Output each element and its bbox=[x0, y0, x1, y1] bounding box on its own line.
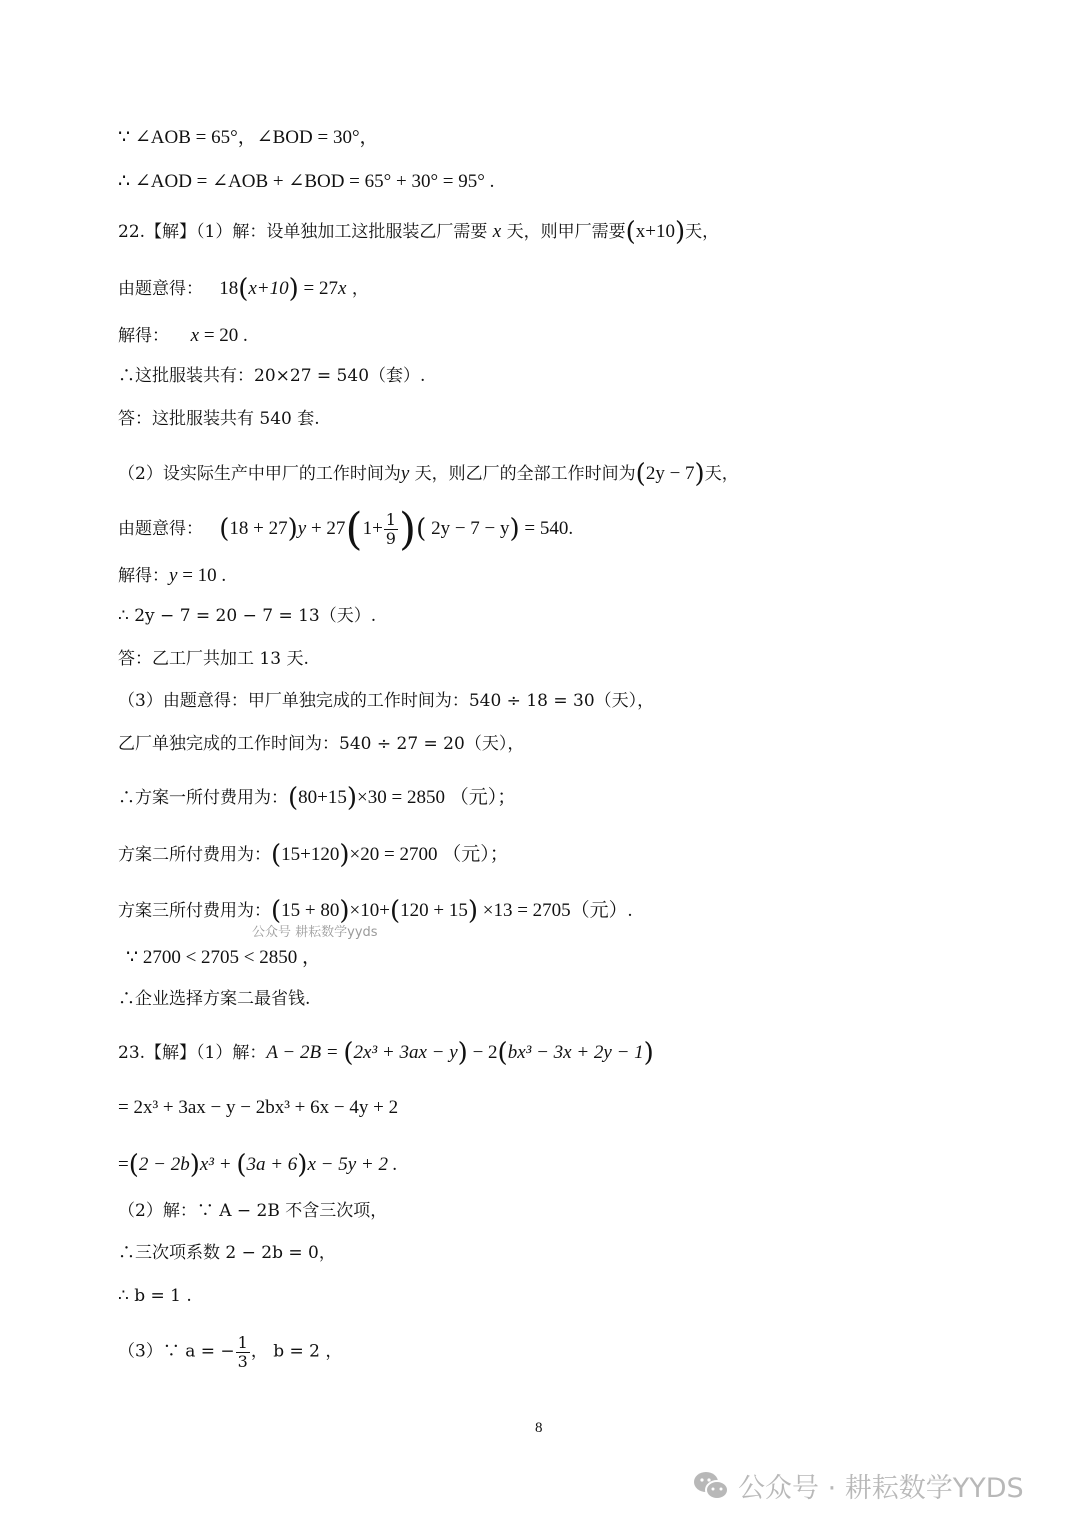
denominator: 9 bbox=[384, 530, 398, 548]
q23-header: 23.【解】（1）解：A − 2B = (2x³ + 3ax − y) − 2(… bbox=[118, 1040, 654, 1066]
p1: 18 + 27 bbox=[229, 518, 287, 539]
watermark-text: 公众号 耕耘数学yyds bbox=[252, 921, 378, 940]
numerator: 1 bbox=[384, 511, 398, 530]
head: （3）∵ a = − bbox=[118, 1342, 235, 1362]
rest: ×20 = 2700 （元）； bbox=[350, 844, 509, 865]
footer-text: 公众号 · 耕耘数学YYDS bbox=[738, 1466, 1024, 1505]
p2: bx³ − 3x + 2y − 1 bbox=[508, 1042, 644, 1063]
tail: ， bbox=[346, 279, 368, 299]
q22-total: ∴这批服装共有：20×27 = 540（套）. bbox=[118, 368, 425, 385]
coef2: 3a + 6 bbox=[246, 1154, 297, 1175]
term1: x³ + bbox=[200, 1154, 236, 1175]
inner: x+10 bbox=[248, 278, 288, 299]
p2: + 27 bbox=[306, 518, 345, 539]
label: 方案二所付费用为： bbox=[118, 845, 271, 865]
inner: 80+15 bbox=[298, 787, 347, 808]
q22-tail: 天， bbox=[685, 222, 719, 242]
plan-1-cost: ∴方案一所付费用为：(80+15)×30 = 2850 （元）； bbox=[118, 785, 516, 811]
because-symbol: ∵ bbox=[118, 127, 135, 148]
paren: ) bbox=[675, 217, 685, 247]
q23-expansion: = 2x³ + 3ax − y − 2bx³ + 6x − 4y + 2 bbox=[118, 1098, 398, 1117]
var: x bbox=[191, 325, 199, 346]
head: 23.【解】（1）解： bbox=[118, 1043, 266, 1063]
coef1: 2 − 2b bbox=[139, 1154, 190, 1175]
q22-2-solution: 解得：y = 10 . bbox=[118, 566, 226, 585]
conclusion: ∴企业选择方案二最省钱. bbox=[118, 991, 310, 1008]
q22-header: 22.【解】（1）解：设单独加工这批服装乙厂需要 x 天，则甲厂需要(x+10)… bbox=[118, 219, 719, 245]
numerator: 1 bbox=[236, 1334, 250, 1353]
tail: ， b = 2 ， bbox=[251, 1342, 343, 1362]
label: 解得： bbox=[118, 566, 169, 586]
q22-mid-text: 天，则甲厂需要 bbox=[507, 222, 626, 242]
rhs: = 540. bbox=[520, 518, 573, 539]
q22-head-text: 22.【解】（1）解：设单独加工这批服装乙厂需要 bbox=[118, 222, 487, 242]
q22-equation: 由题意得： 18(x+10) = 27x ， bbox=[118, 276, 369, 302]
fraction-one-ninth: 19 bbox=[384, 511, 398, 547]
label: ∴方案一所付费用为： bbox=[118, 788, 288, 808]
q22-answer: 答：这批服装共有 540 套. bbox=[118, 411, 320, 428]
mid: ×10+ bbox=[350, 900, 390, 921]
q23-2-b-value: ∴ b = 1 . bbox=[118, 1288, 192, 1305]
label: 方案三所付费用为： bbox=[118, 901, 271, 921]
eq-label: 由题意得： bbox=[118, 279, 203, 299]
value: = 20 . bbox=[199, 325, 248, 346]
q23-simplified: =(2 − 2b)x³ + (3a + 6)x − 5y + 2 . bbox=[118, 1152, 397, 1178]
inner1: 15 + 80 bbox=[281, 900, 339, 921]
denominator: 3 bbox=[236, 1353, 250, 1371]
q22-2-calc: ∴ 2y − 7 = 20 − 7 = 13（天）. bbox=[118, 608, 376, 625]
q22-solution: 解得： x = 20 . bbox=[118, 326, 248, 345]
var-x: x bbox=[493, 221, 501, 242]
q22-2-answer: 答：乙工厂共加工 13 天. bbox=[118, 651, 309, 668]
coef: 18 bbox=[219, 278, 238, 299]
q22-2-equation: 由题意得： (18 + 27)y + 27(1+19)( 2y − 7 − y)… bbox=[118, 508, 573, 552]
rhs: = 27 bbox=[299, 278, 338, 299]
rest: ×13 = 2705（元）. bbox=[478, 900, 632, 921]
eq-label: 由题意得： bbox=[118, 519, 203, 539]
inner: 15+120 bbox=[281, 844, 339, 865]
q23-2: （2）解：∵ A − 2B 不含三次项， bbox=[118, 1203, 387, 1220]
mid: − 2 bbox=[468, 1042, 498, 1063]
footer-watermark: 公众号 · 耕耘数学YYDS bbox=[692, 1466, 1024, 1505]
angle-sum: ∴ ∠AOD = ∠AOB + ∠BOD = 65° + 30° = 95° . bbox=[118, 172, 494, 191]
tail: 天， bbox=[705, 464, 739, 484]
q23-3: （3）∵ a = −13， b = 2 ， bbox=[118, 1334, 342, 1370]
q23-2-coef: ∴三次项系数 2 − 2b = 0， bbox=[118, 1245, 336, 1262]
var: y bbox=[298, 518, 306, 539]
therefore-symbol: ∴ bbox=[118, 171, 135, 192]
p3: 2y − 7 − y bbox=[426, 518, 509, 539]
expr: 2y − 7 bbox=[646, 463, 695, 484]
value: = 10 . bbox=[177, 565, 226, 586]
var-y: y bbox=[401, 463, 409, 484]
given-text: ∠AOB = 65°，∠BOD = 30°， bbox=[135, 127, 379, 148]
p1: 2x³ + 3ax − y bbox=[354, 1042, 458, 1063]
page-number: 8 bbox=[535, 1420, 543, 1437]
head: （2）设实际生产中甲厂的工作时间为 bbox=[118, 464, 401, 484]
plan-2-cost: 方案二所付费用为：(15+120)×20 = 2700 （元）； bbox=[118, 842, 509, 868]
rest: ×30 = 2850 （元）； bbox=[357, 787, 516, 808]
fraction-one-third: 13 bbox=[236, 1334, 250, 1370]
given-angles: ∵ ∠AOB = 65°，∠BOD = 30°， bbox=[118, 128, 379, 147]
lhs: A − 2B = bbox=[266, 1042, 343, 1063]
mid: 天，则乙厂的全部工作时间为 bbox=[415, 464, 636, 484]
q22-3-factory-a: （3）由题意得：甲厂单独完成的工作时间为：540 ÷ 18 = 30（天）， bbox=[118, 693, 654, 710]
paren: ( bbox=[626, 217, 636, 247]
inner2: 120 + 15 bbox=[400, 900, 468, 921]
angle-sum-text: ∠AOD = ∠AOB + ∠BOD = 65° + 30° = 95° . bbox=[135, 171, 495, 192]
q22-3-factory-b: 乙厂单独完成的工作时间为：540 ÷ 27 = 20（天）， bbox=[118, 736, 524, 753]
sol-label: 解得： bbox=[118, 326, 169, 346]
term2: x − 5y + 2 . bbox=[307, 1154, 397, 1175]
q22-2-header: （2）设实际生产中甲厂的工作时间为y 天，则乙厂的全部工作时间为(2y − 7)… bbox=[118, 461, 739, 487]
cost-comparison: ∵ 2700 < 2705 < 2850 ， bbox=[126, 948, 321, 967]
one-plus: 1+ bbox=[363, 518, 383, 539]
expr: x+10 bbox=[636, 221, 675, 242]
wechat-icon bbox=[692, 1469, 730, 1503]
